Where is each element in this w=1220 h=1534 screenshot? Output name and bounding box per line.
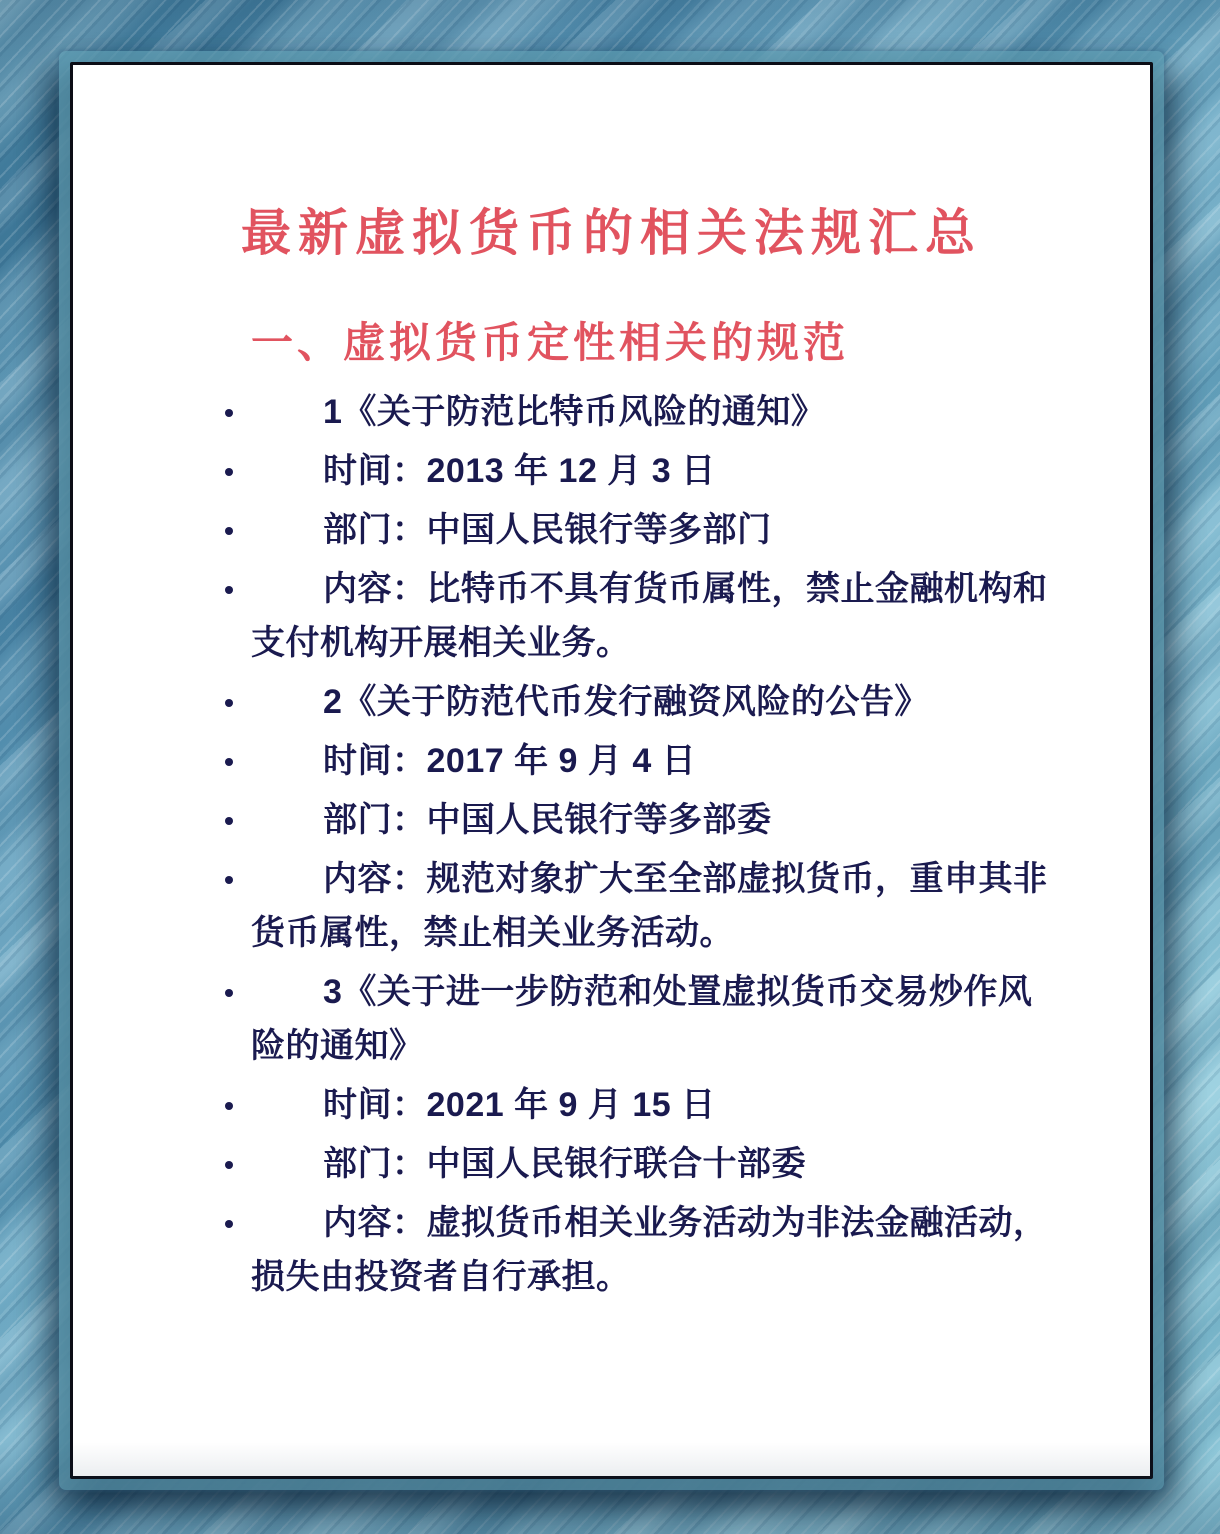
document-page: 最新虚拟货币的相关法规汇总 一、虚拟货币定性相关的规范 1《关于防范比特币风险的… — [70, 62, 1153, 1479]
list-item: 部门：中国人民银行等多部门 — [251, 503, 1092, 557]
list-item-text: 险的通知》 — [251, 1019, 1092, 1073]
list-item-text: 货币属性，禁止相关业务活动。 — [251, 906, 1092, 960]
bullet-dot-icon — [225, 586, 233, 594]
bullet-dot-icon — [225, 989, 233, 997]
list-item: 时间：2017 年 9 月 4 日 — [251, 734, 1092, 788]
list-item-text: 内容：规范对象扩大至全部虚拟货币，重申其非 — [251, 852, 1092, 906]
bullet-dot-icon — [225, 1102, 233, 1110]
list-item: 内容：比特币不具有货币属性，禁止金融机构和 支付机构开展相关业务。 — [251, 562, 1092, 670]
list-item: 内容：规范对象扩大至全部虚拟货币，重申其非 货币属性，禁止相关业务活动。 — [251, 852, 1092, 960]
list-item: 时间：2021 年 9 月 15 日 — [251, 1078, 1092, 1132]
list-item-text: 时间：2017 年 9 月 4 日 — [251, 734, 1092, 788]
list-item-text: 损失由投资者自行承担。 — [251, 1250, 1092, 1304]
list-item: 时间：2013 年 12 月 3 日 — [251, 444, 1092, 498]
list-item-text: 内容：比特币不具有货币属性，禁止金融机构和 — [251, 562, 1092, 616]
bullet-dot-icon — [225, 1220, 233, 1228]
list-item-text: 3《关于进一步防范和处置虚拟货币交易炒作风 — [251, 965, 1092, 1019]
bullet-dot-icon — [225, 1161, 233, 1169]
bullet-dot-icon — [225, 409, 233, 417]
list-item-text: 部门：中国人民银行联合十部委 — [251, 1137, 1092, 1191]
list-item: 3《关于进一步防范和处置虚拟货币交易炒作风 险的通知》 — [251, 965, 1092, 1073]
list-item-text: 时间：2013 年 12 月 3 日 — [251, 444, 1092, 498]
list-item-text: 2《关于防范代币发行融资风险的公告》 — [251, 675, 1092, 729]
bullet-dot-icon — [225, 468, 233, 476]
list-item: 2《关于防范代币发行融资风险的公告》 — [251, 675, 1092, 729]
list-item-text: 部门：中国人民银行等多部门 — [251, 503, 1092, 557]
bullet-dot-icon — [225, 876, 233, 884]
list-item-text: 1《关于防范比特币风险的通知》 — [251, 385, 1092, 439]
list-item: 部门：中国人民银行联合十部委 — [251, 1137, 1092, 1191]
regulation-list: 1《关于防范比特币风险的通知》 时间：2013 年 12 月 3 日 部门：中国… — [251, 385, 1092, 1304]
list-item-text: 支付机构开展相关业务。 — [251, 616, 1092, 670]
list-item-text: 部门：中国人民银行等多部委 — [251, 793, 1092, 847]
bullet-dot-icon — [225, 817, 233, 825]
list-item: 部门：中国人民银行等多部委 — [251, 793, 1092, 847]
list-item-text: 时间：2021 年 9 月 15 日 — [251, 1078, 1092, 1132]
bullet-dot-icon — [225, 699, 233, 707]
list-item: 1《关于防范比特币风险的通知》 — [251, 385, 1092, 439]
bullet-dot-icon — [225, 758, 233, 766]
page-content: 一、虚拟货币定性相关的规范 1《关于防范比特币风险的通知》 时间：2013 年 … — [73, 317, 1150, 1304]
list-item-text: 内容：虚拟货币相关业务活动为非法金融活动， — [251, 1196, 1092, 1250]
bullet-dot-icon — [225, 527, 233, 535]
section-heading: 一、虚拟货币定性相关的规范 — [251, 317, 1092, 369]
list-item: 内容：虚拟货币相关业务活动为非法金融活动， 损失由投资者自行承担。 — [251, 1196, 1092, 1304]
page-title: 最新虚拟货币的相关法规汇总 — [73, 203, 1150, 263]
textured-background: 最新虚拟货币的相关法规汇总 一、虚拟货币定性相关的规范 1《关于防范比特币风险的… — [0, 0, 1220, 1534]
